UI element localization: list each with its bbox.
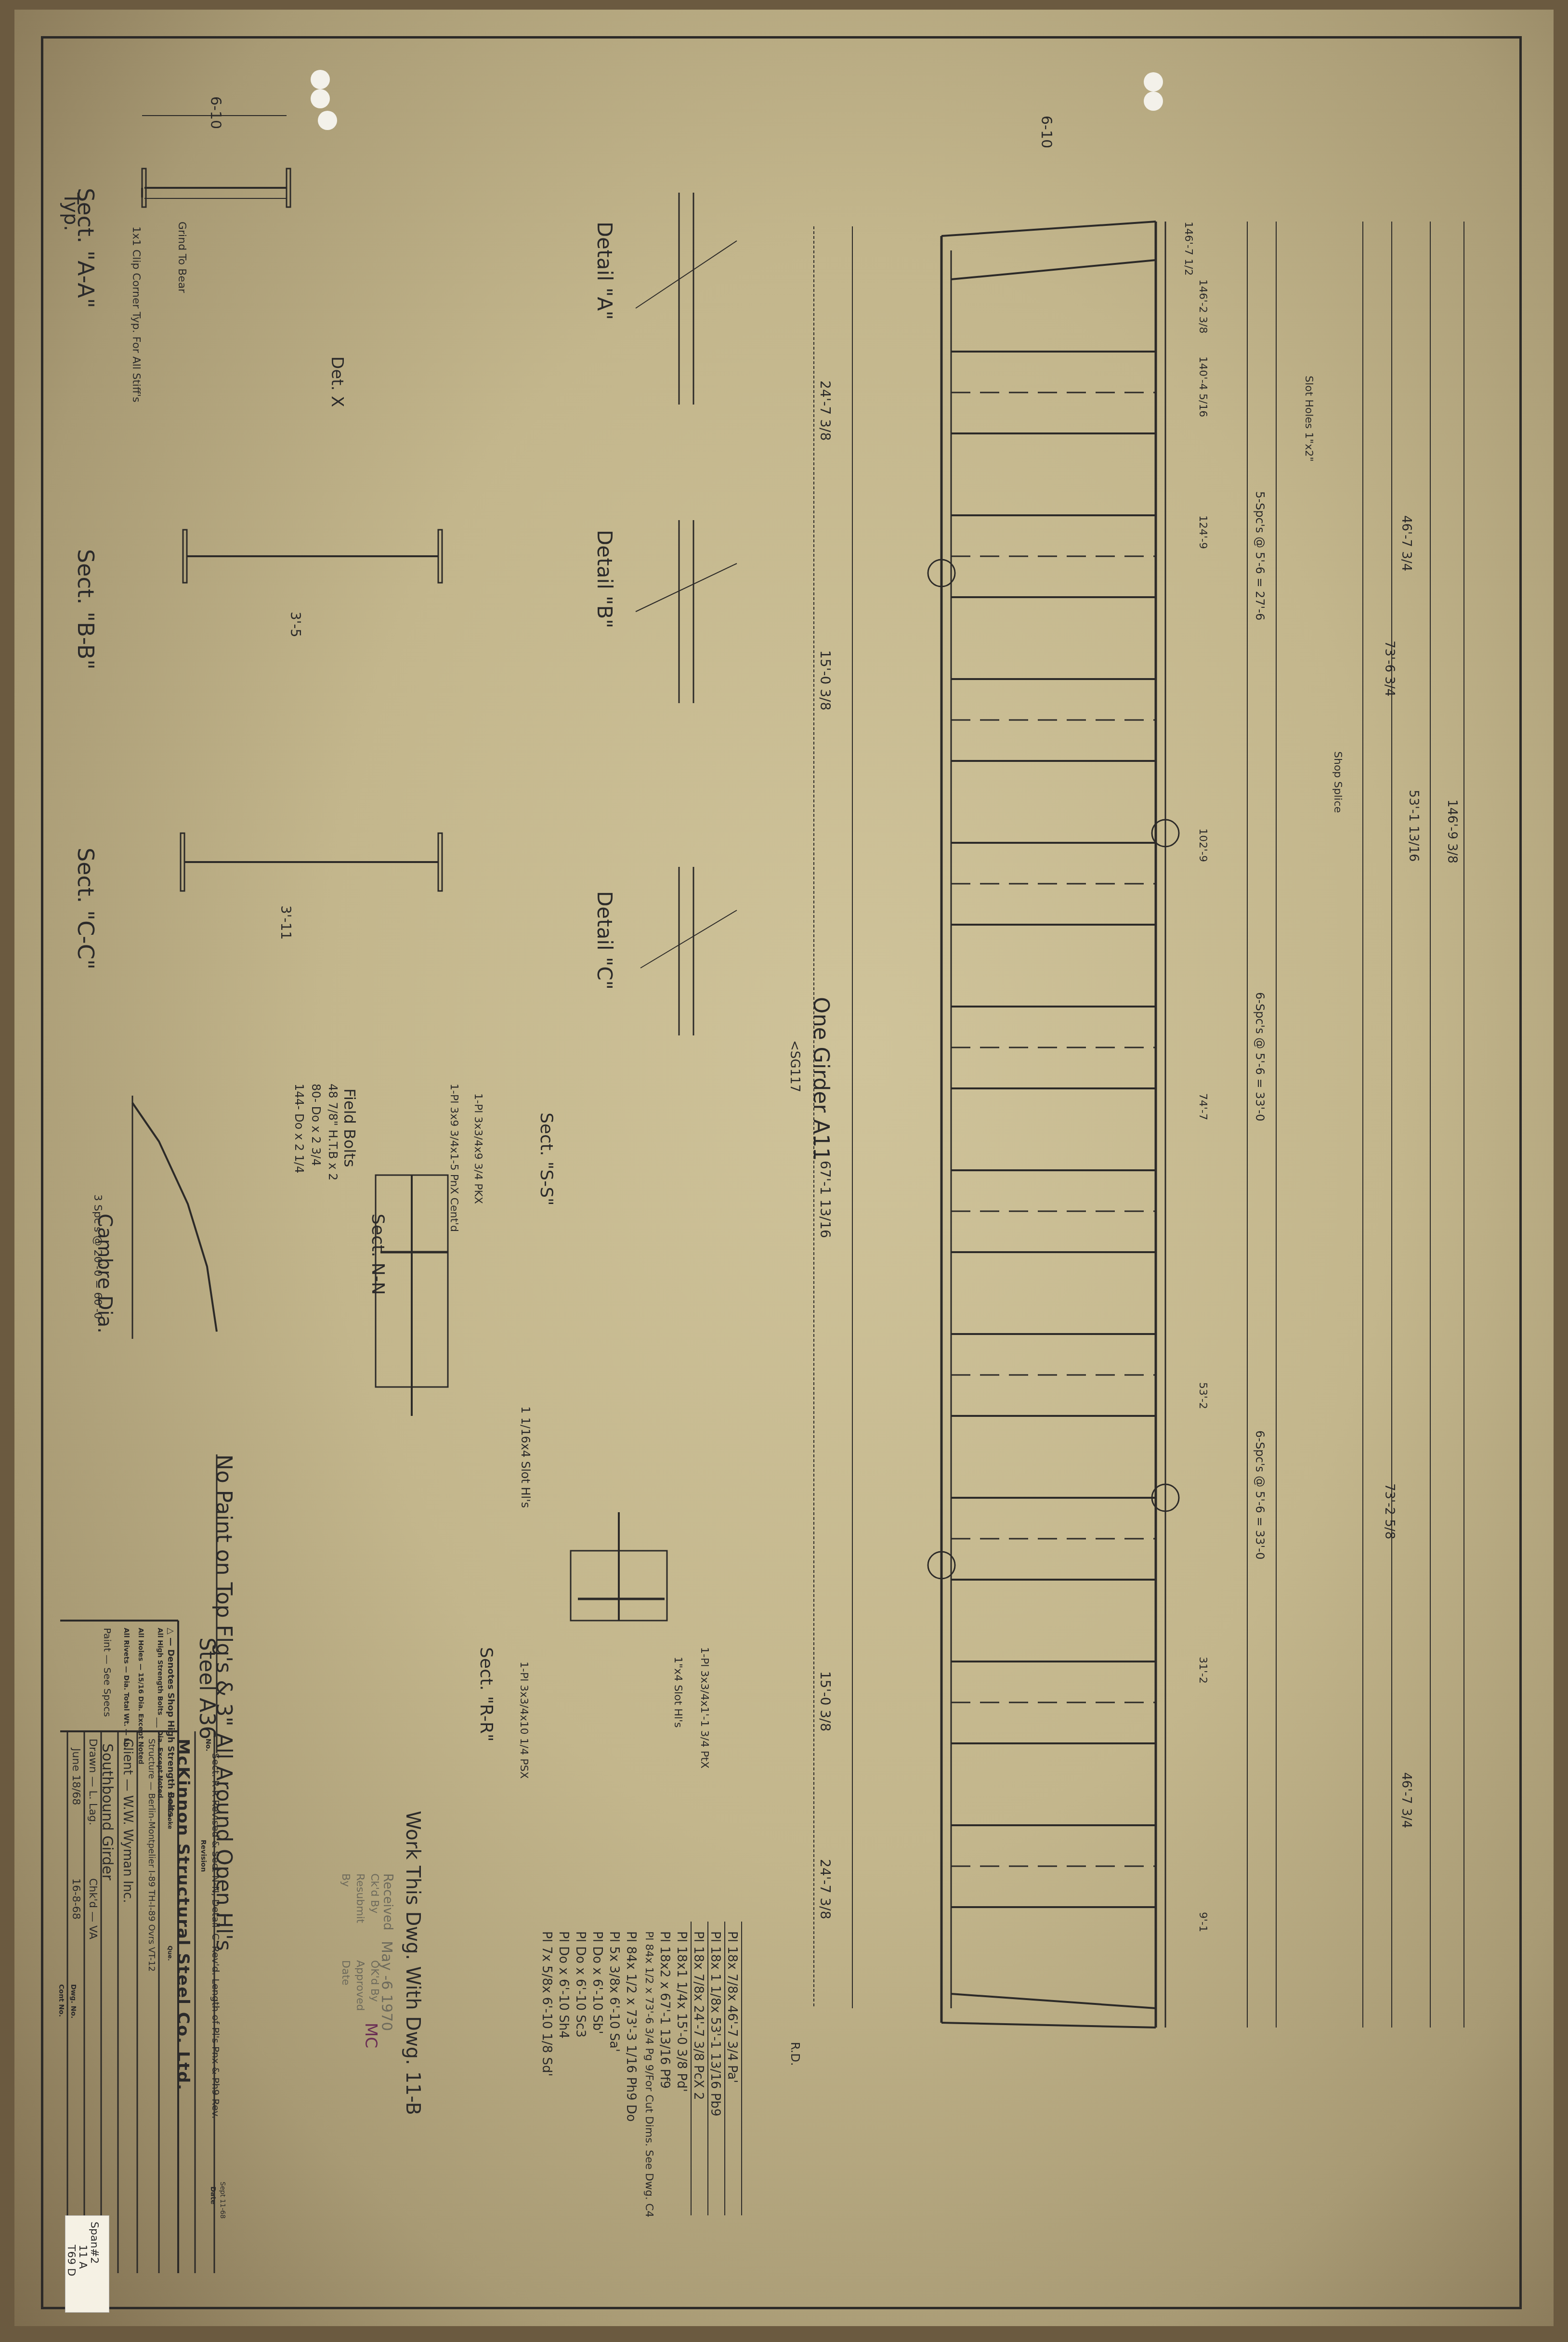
stamp-by: By <box>340 1873 352 1887</box>
stamp-initials: MC <box>361 2023 380 2048</box>
bill-row: Pl 18x2 x 67'-1 13/16 Pf9 <box>657 1931 672 2089</box>
right-dim: 146'-2 3/8 <box>1197 279 1209 333</box>
section-aa-note: 1x1 Clip Corner Typ. For All Stiff's <box>130 226 142 403</box>
section-rr-label: Sect. "R-R" <box>476 1647 496 1741</box>
tb-drawn: Drawn — L. Lag. <box>87 1739 99 1825</box>
field-bolts-row: 144- Do x 2 1/4 <box>292 1084 306 1173</box>
section-ss-note: 1 1/16x4 Slot Hl's <box>519 1406 532 1508</box>
tb-notes-line2: All High Strength Bolts ___ Dia. Except … <box>156 1628 164 1801</box>
stamp-date-label: Date <box>340 1960 352 1986</box>
tag-line1: Span#2 <box>88 2222 100 2264</box>
tb-structure: Structure — Berlin-Montpelier I-89 TH-I-… <box>146 1739 157 1972</box>
left-dim: 15'-0 3/8 <box>817 650 833 710</box>
spacing-note: 6-Spc's @ 5'-6 = 33'-0 <box>1253 1430 1267 1559</box>
tag-line2: 11 A <box>77 2245 89 2269</box>
section-rr-note: 1-Pl 3x3/4x1'-1 3/4 PtX <box>698 1647 710 1768</box>
tb-revision-header: Revision <box>199 1840 207 1872</box>
bill-row: Pl 18x 7/8x 46'-7 3/4 Pa' <box>725 1931 739 2083</box>
right-dim: 74'-7 <box>1197 1093 1209 1120</box>
field-bolts-row: 48 7/8" H.T.B x 2 <box>326 1084 340 1180</box>
drawing-title: One Girder A11 <box>809 997 833 1161</box>
bill-row: Pl 18x1 1/4x 15'-0 3/8 Pd' <box>674 1931 689 2092</box>
tb-date-header: Date <box>209 2186 217 2204</box>
tb-client: Client — W.W. Wyman Inc. <box>120 1739 135 1903</box>
tb-all-holes: All Holes — 15/16 Dia. Except Noted <box>137 1628 144 1765</box>
bill-row: Pl 18x 1 1/8x 53'-1 13/16 Pb9 <box>708 1931 722 2117</box>
tb-company: McKinnon Structural Steel Co. Ltd. <box>173 1739 193 2091</box>
bill-row: Pl 5x 3/8x 6'-10 Sa' <box>607 1931 621 2052</box>
right-dim: 9'-1 <box>1197 1912 1209 1932</box>
stamp-received: Received <box>380 1873 395 1930</box>
right-dim: 124'-9 <box>1197 515 1209 549</box>
stamp-okd: OK'd By <box>368 1960 380 2002</box>
total-dim: 73'-6 3/4 <box>1382 641 1397 696</box>
bill-row: Pl 7x 5/8x 6'-10 1/8 Sd' <box>539 1931 554 2077</box>
section-aa-sub: Typ. <box>60 193 82 231</box>
right-dim: 31'-2 <box>1197 1657 1209 1684</box>
bill-row: Pl Do x 6'-10 Sh4 <box>556 1931 571 2039</box>
section-cc-dim: 3'-11 <box>278 905 294 940</box>
drawing-subtitle: <SG117 <box>787 1040 802 1092</box>
right-dim: 146'-7 1/2 <box>1182 222 1194 275</box>
drawing-sheet: Sect. "A-A" Typ. 6-10 1x1 Clip Corner Ty… <box>14 10 1554 2326</box>
elevation-top-dim: 6-10 <box>1038 116 1055 148</box>
tb-chkd: Chk'd — VA <box>87 1878 99 1939</box>
field-bolts-row: 80- Do x 2 3/4 <box>309 1084 323 1166</box>
bill-row: Pl 18x 7/8x 24'-7 3/8 PcX 2 <box>691 1931 706 2100</box>
span-tag: Span#2 11 A T69 D <box>65 2215 109 2313</box>
tb-cont-no: Cont No. <box>57 1984 65 2017</box>
total-dim: 46'-7 3/4 <box>1399 1772 1413 1828</box>
tb-no-header: No. <box>204 1739 212 1752</box>
detail-x-label: Det. X <box>327 356 347 407</box>
section-ss-label: Sect. "S-S" <box>536 1112 556 1206</box>
cambre-dim: 3 Spc's @ 20'-0 = 60'-0 <box>91 1194 104 1319</box>
detail-c-label: Detail "C" <box>593 891 616 990</box>
tb-location-left: Sherbrooke <box>167 1792 173 1829</box>
section-nn-label: Sect. N-N <box>368 1214 388 1295</box>
spacing-note: 6-Spc's @ 5'-6 = 33'-0 <box>1253 992 1267 1121</box>
bill-row: Pl Do x 6'-10 Sb' <box>590 1931 604 2034</box>
right-dim: 140'-4 5/16 <box>1197 356 1209 417</box>
section-aa-note: Grind To Bear <box>176 222 188 293</box>
section-aa-dim: 6-10 <box>207 96 224 129</box>
left-dim: 24'-7 3/8 <box>817 380 833 441</box>
work-with-note: Work This Dwg. With Dwg. 11-B <box>402 1811 424 2115</box>
total-dim: 53'-1 13/16 <box>1406 790 1421 862</box>
right-dim: 53'-2 <box>1197 1382 1209 1409</box>
section-cc-label: Sect. "C-C" <box>73 848 99 969</box>
tag-line3: T69 D <box>65 2245 77 2276</box>
stamp-resubmit: Resubmit <box>354 1873 366 1923</box>
steel-grade: Steel A36 <box>195 1637 219 1740</box>
tb-paint: Paint — See Specs <box>102 1628 113 1717</box>
total-dim: 46'-7 3/4 <box>1399 515 1413 571</box>
slot-note: Slot Holes 1"x2" <box>1303 376 1315 462</box>
stamp-ckd: Ck'd By <box>368 1873 380 1913</box>
detail-b-label: Detail "B" <box>593 530 616 628</box>
tb-location-right: Que. <box>167 1946 173 1961</box>
field-bolts-title: Field Bolts <box>340 1088 359 1167</box>
right-dim: 102'-9 <box>1197 828 1209 862</box>
tb-all-rivets: All Rivets — Dia. Total Wt. — Lb. <box>122 1628 130 1750</box>
bill-row: Pl 84x 1/2 x 73'-3 1/16 Ph9 Do <box>624 1931 638 2122</box>
left-dim: 15'-0 3/8 <box>817 1671 833 1731</box>
section-ss-note: 1-Pl 3x9 3/4x1-5 PnX Cent'd <box>448 1084 460 1232</box>
section-bb-label: Sect. "B-B" <box>73 549 99 669</box>
tb-dwg-no: Dwg. No. <box>69 1984 77 2018</box>
tb-date-drawn: June 18/68 <box>70 1748 82 1805</box>
tb-revision-text: Sect. R-R Revised & Sect N-N, Detail 'C'… <box>210 1753 222 2119</box>
section-bb-dim: 3'-5 <box>287 612 303 637</box>
left-dim: 24'-7 3/8 <box>817 1859 833 1919</box>
total-dim: 73'-2 5/8 <box>1382 1483 1397 1539</box>
section-ss-note: 1-Pl 3x3/4x9 3/4 PKX <box>472 1093 484 1204</box>
tb-revision-date: Sept 11-68 <box>219 2182 226 2219</box>
stamp-date: May -6 1970 <box>378 1941 395 2031</box>
detail-a-label: Detail "A" <box>593 222 616 320</box>
linework <box>14 10 1554 2326</box>
bill-row: Pl Do x 6'-10 Sc3 <box>573 1931 588 2038</box>
spacing-note: 5-Spc's @ 5'-6 = 27'-6 <box>1253 491 1267 620</box>
tb-item: Southbound Girder <box>99 1743 116 1880</box>
section-rr-note: 1"x4 Slot Hl's <box>672 1657 684 1727</box>
bill-row: Pl 84x 1/2 x 73'-6 3/4 Pg 9/For Cut Dims… <box>643 1931 655 2217</box>
section-rr-note: 1-Pl 3x3/4x10 1/4 PSX <box>518 1662 530 1779</box>
shop-splice-note: Shop Splice <box>1332 751 1344 813</box>
rd-marker: R.D. <box>788 2042 802 2066</box>
total-dim: 146'-9 3/8 <box>1445 799 1459 864</box>
stamp-approved: Approved <box>354 1960 366 2011</box>
tb-date-chkd: 16-8-68 <box>70 1878 82 1920</box>
left-dim: 67'-1 13/16 <box>817 1161 833 1238</box>
